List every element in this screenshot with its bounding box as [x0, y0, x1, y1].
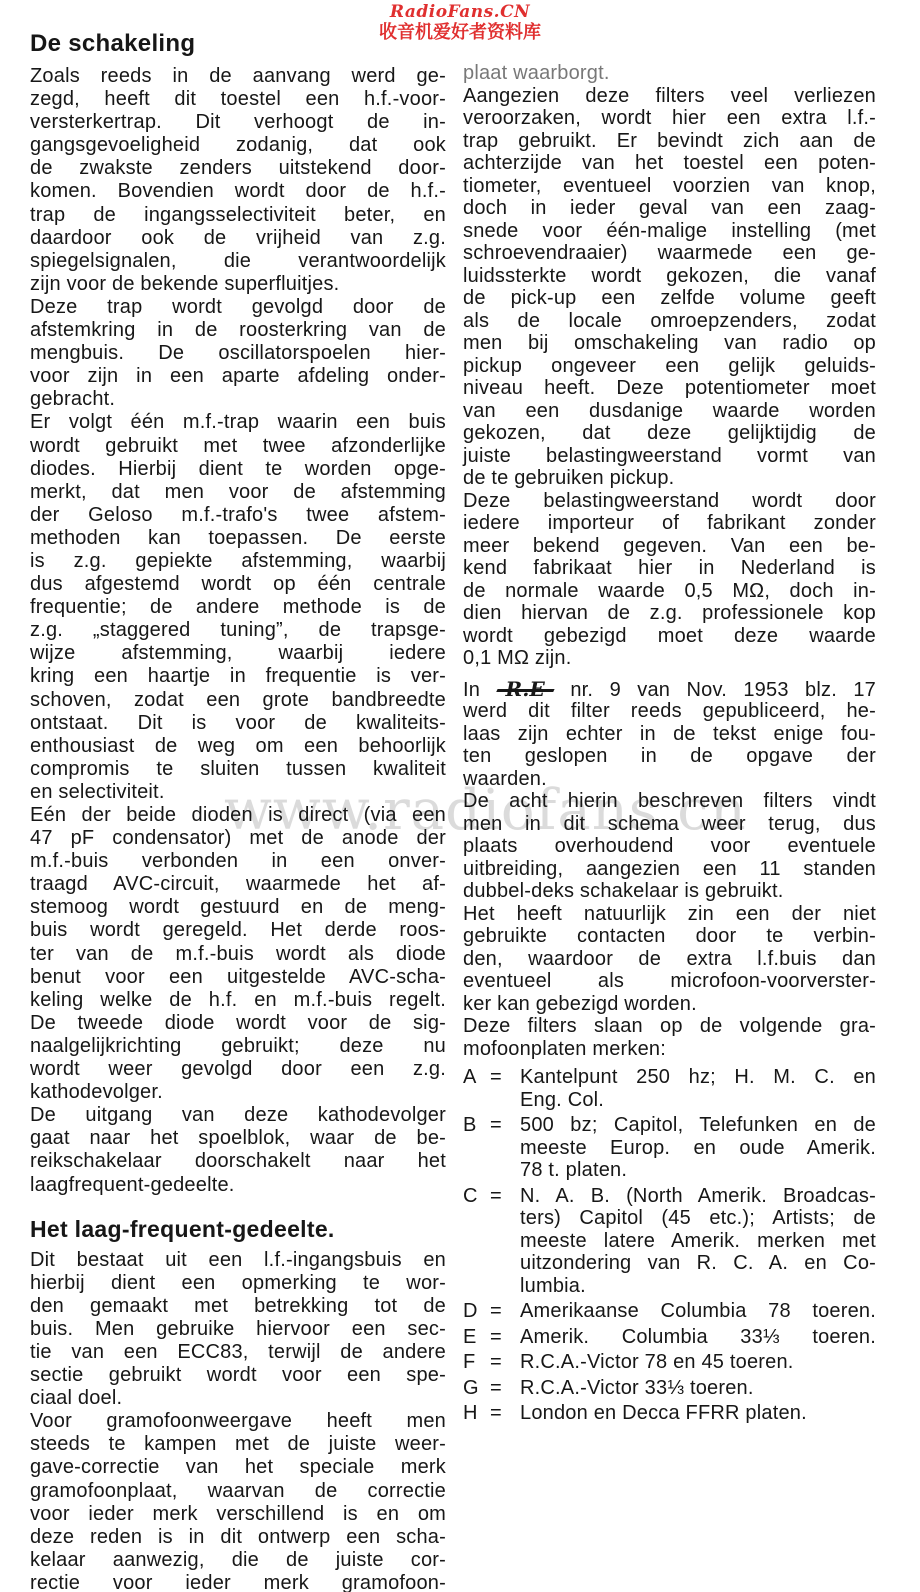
filter-item-letter: E	[463, 1326, 477, 1349]
text-line: gekozen, dat deze gelijktijdig de	[463, 422, 876, 445]
text-line: doch in ieder geval van een zaag-	[463, 197, 876, 220]
text-line: wordt gebezigd moet deze waarde	[463, 625, 876, 648]
paragraph: Deze belastingweerstand wordt dooriedere…	[463, 490, 876, 670]
text-line: Zoals reeds in de aanvang werd ge-	[30, 65, 446, 88]
text-line: spiegelsignalen, die verantwoordelijk	[30, 250, 446, 273]
text-line: R.C.A.-Victor 78 en 45 toeren.	[520, 1351, 876, 1374]
filter-item-letter: H	[463, 1402, 478, 1425]
filter-item-F: F=R.C.A.-Victor 78 en 45 toeren.	[463, 1351, 876, 1374]
text-line: den, waardoor de extra l.f.buis dan	[463, 948, 876, 971]
text-line: kelaar aanwezig, die de juiste cor-	[30, 1549, 446, 1572]
text-line: lumbia.	[520, 1275, 876, 1298]
text-line: De acht hierin beschreven filters vindt	[463, 790, 876, 813]
text-line: diodes. Hierbij dient te worden opge-	[30, 458, 446, 481]
filter-item-letter: C	[463, 1185, 478, 1208]
text-line: voor ieder merk verschillend is en om	[30, 1503, 446, 1526]
text-line: versterkertrap. Dit verhoogt de in-	[30, 111, 446, 134]
text-line: m.f.-buis verbonden in een onver-	[30, 850, 446, 873]
logo-line-suffix: nr. 9 van Nov. 1953 blz. 17	[570, 679, 876, 701]
filter-item-letter: F	[463, 1351, 475, 1374]
text-line: plaat waarborgt.	[463, 62, 876, 85]
text-line: benut voor een uitgestelde AVC-scha-	[30, 966, 446, 989]
text-line: 47 pF condensator) met de anode der	[30, 827, 446, 850]
text-line: mofoonplaten merken:	[463, 1038, 876, 1061]
text-line: is z.g. gepiekte afstemming, waarbij	[30, 550, 446, 573]
text-line: 78 t. platen.	[520, 1159, 876, 1182]
text-line: gave-correctie van het speciale merk	[30, 1456, 446, 1479]
text-line: traagd AVC-circuit, waarmede het af-	[30, 873, 446, 896]
text-line: schroevendraaier) waarmede een ge-	[463, 242, 876, 265]
paragraph: De acht hierin beschreven filters vindtm…	[463, 790, 876, 903]
left-column: De schakelingZoals reeds in de aanvang w…	[30, 30, 446, 1592]
text-line: laas zijn echter in de tekst enige fou-	[463, 723, 876, 746]
filter-item-D: D=Amerikaanse Columbia 78 toeren.	[463, 1300, 876, 1323]
text-line: ker kan gebezigd worden.	[463, 993, 876, 1016]
paragraph: Aangezien deze filters veel verliezenver…	[463, 85, 876, 490]
text-line: snede voor één-malige instelling (met	[463, 220, 876, 243]
text-line: wordt gebruikt met twee afzonderlijke	[30, 435, 446, 458]
text-line: achterzijde van het toestel een poten-	[463, 152, 876, 175]
paragraph: plaat waarborgt.	[463, 62, 876, 85]
filter-item-letter: G	[463, 1377, 479, 1400]
text-line: trap gebruikt. Er bevindt zich aan de	[463, 130, 876, 153]
section-heading: De schakeling	[30, 30, 446, 58]
text-line: pickup ongeveer een gelijk geluids-	[463, 355, 876, 378]
text-line: schoven, zodat een grote bandbreedte	[30, 689, 446, 712]
text-line: Kantelpunt 250 hz; H. M. C. en	[520, 1066, 876, 1089]
text-line: sectie gebruikt wordt voor een spe-	[30, 1364, 446, 1387]
text-line: ontstaat. Dit is voor de kwaliteits-	[30, 712, 446, 735]
text-line: wijze afstemming, waarbij iedere	[30, 642, 446, 665]
equals-sign: =	[490, 1351, 502, 1374]
filter-item-letter: B	[463, 1114, 477, 1137]
text-line: trap de ingangsselectiviteit beter, en	[30, 204, 446, 227]
text-line: afstemkring in de roosterkring van de	[30, 319, 446, 342]
text-line: niveau heeft. Deze potentiometer moet	[463, 377, 876, 400]
text-line: eventueel als microfoon-voorverster-	[463, 970, 876, 993]
filter-item-B: B=500 bz; Capitol, Telefunken en demeest…	[463, 1114, 876, 1182]
text-line: Deze belastingweerstand wordt door	[463, 490, 876, 513]
equals-sign: =	[490, 1402, 502, 1425]
text-line: plaats overhoudend voor eventuele	[463, 835, 876, 858]
text-line: laagfrequent-gedeelte.	[30, 1174, 446, 1197]
text-line: In R.E nr. 9 van Nov. 1953 blz. 17	[463, 678, 876, 701]
text-line: de zwakste zenders uitstekend door-	[30, 157, 446, 180]
text-line: Amerikaanse Columbia 78 toeren.	[520, 1300, 876, 1323]
text-line: luidssterkte wordt gekozen, die vanaf	[463, 265, 876, 288]
filter-item-C: C=N. A. B. (North Amerik. Broadcas-ters)…	[463, 1185, 876, 1298]
text-line: gangsgevoeligheid zodanig, dat ook	[30, 134, 446, 157]
text-line: tie van een ECC83, terwijl de andere	[30, 1341, 446, 1364]
filter-item-A: A=Kantelpunt 250 hz; H. M. C. enEng. Col…	[463, 1066, 876, 1111]
text-line: veroorzaken, wordt hier een extra l.f.-	[463, 107, 876, 130]
site-watermark-name: RadioFans.CN	[0, 3, 920, 22]
text-line: gramofoonplaat, waarvan de correctie	[30, 1480, 446, 1503]
text-line: buis wordt geregeld. Het derde roos-	[30, 919, 446, 942]
text-line: als de locale omroepzenders, zodat	[463, 310, 876, 333]
text-line: de te gebruiken pickup.	[463, 467, 876, 490]
text-line: kring een haartje in frequentie is ver-	[30, 665, 446, 688]
text-line: juiste belastingweerstand vormt van	[463, 445, 876, 468]
text-line: hierbij dient een opmerking te wor-	[30, 1272, 446, 1295]
text-line: der Geloso m.f.-trafo's twee afstem-	[30, 504, 446, 527]
right-column: plaat waarborgt.Aangezien deze filters v…	[463, 62, 876, 1425]
paragraph: Deze trap wordt gevolgd door deafstemkri…	[30, 296, 446, 411]
text-line: ter van de m.f.-buis wordt als diode	[30, 943, 446, 966]
paragraph: Dit bestaat uit een l.f.-ingangsbuis enh…	[30, 1249, 446, 1411]
text-line: Eng. Col.	[520, 1089, 876, 1112]
text-line: z.g. „staggered tuning”, de trapsge-	[30, 619, 446, 642]
text-line: men in dit schema weer terug, dus	[463, 813, 876, 836]
text-line: meer bekend gegeven. Van een be-	[463, 535, 876, 558]
paragraph: Eén der beide dioden is direct (via een4…	[30, 804, 446, 1104]
text-line: uitbreiding, aangezien een 11 standen	[463, 858, 876, 881]
text-line: reikschakelaar doorschakelt naar het	[30, 1150, 446, 1173]
paragraph: Deze filters slaan op de volgende gra-mo…	[463, 1015, 876, 1060]
filter-item-H: H=London en Decca FFRR platen.	[463, 1402, 876, 1425]
text-line: voor zijn in een aparte afdeling onder-	[30, 365, 446, 388]
re-magazine-logo: R.E	[497, 678, 554, 701]
text-line: N. A. B. (North Amerik. Broadcas-	[520, 1185, 876, 1208]
text-line: Deze filters slaan op de volgende gra-	[463, 1015, 876, 1038]
text-line: kathodevolger.	[30, 1081, 446, 1104]
text-line: methoden kan toepassen. De eerste	[30, 527, 446, 550]
text-line: werd dit filter reeds gepubliceerd, he-	[463, 700, 876, 723]
text-line: merkt, dat men voor de afstemming	[30, 481, 446, 504]
text-line: 500 bz; Capitol, Telefunken en de	[520, 1114, 876, 1137]
text-line: Aangezien deze filters veel verliezen	[463, 85, 876, 108]
paragraph: Voor gramofoonweergave heeft mensteeds t…	[30, 1410, 446, 1592]
equals-sign: =	[490, 1300, 502, 1323]
text-line: De tweede diode wordt voor de sig-	[30, 1012, 446, 1035]
text-line: van een dusdanige waarde worden	[463, 400, 876, 423]
text-line: buis. Men gebruike hiervoor een sec-	[30, 1318, 446, 1341]
text-line: dien hiervan de z.g. professionele kop	[463, 602, 876, 625]
text-line: naalgelijkrichting gebruikt; deze nu	[30, 1035, 446, 1058]
text-line: dus afgestemd wordt op één centrale	[30, 573, 446, 596]
text-line: London en Decca FFRR platen.	[520, 1402, 876, 1425]
paragraph: Zoals reeds in de aanvang werd ge-zegd, …	[30, 65, 446, 296]
text-line: R.C.A.-Victor 33⅓ toeren.	[520, 1377, 876, 1400]
text-line: gebracht.	[30, 388, 446, 411]
text-line: komen. Bovendien wordt door de h.f.-	[30, 180, 446, 203]
text-line: enthousiast de weg om een behoorlijk	[30, 735, 446, 758]
paragraph: Het heeft natuurlijk zin een der nietgeb…	[463, 903, 876, 1016]
filter-item-letter: D	[463, 1300, 478, 1323]
text-line: keling welke de h.f. en m.f.-buis regelt…	[30, 989, 446, 1012]
text-line: zijn voor de bekende superfluitjes.	[30, 273, 446, 296]
logo-line-prefix: In	[463, 679, 480, 701]
text-line: Eén der beide dioden is direct (via een	[30, 804, 446, 827]
text-line: frequentie; de andere methode is de	[30, 596, 446, 619]
equals-sign: =	[490, 1377, 502, 1400]
text-line: compromis te sluiten tussen kwaliteit	[30, 758, 446, 781]
text-line: rectie voor ieder merk gramofoon-	[30, 1572, 446, 1592]
text-line: men bij omschakeling van radio op	[463, 332, 876, 355]
text-line: steeds te kampen met de juiste weer-	[30, 1433, 446, 1456]
text-line: gebruikte contacten door te verbin-	[463, 925, 876, 948]
text-line: den gemaakt met betrekking tot de	[30, 1295, 446, 1318]
text-line: ten geslopen in de opgave der	[463, 745, 876, 768]
text-line: kend fabrikaat hier in Nederland is	[463, 557, 876, 580]
text-line: waarden.	[463, 768, 876, 791]
section-heading: Het laag-frequent-gedeelte.	[30, 1216, 446, 1242]
text-line: Het heeft natuurlijk zin een der niet	[463, 903, 876, 926]
text-line: De uitgang van deze kathodevolger	[30, 1104, 446, 1127]
text-line: meeste latere Amerik. merken met	[520, 1230, 876, 1253]
text-line: zegd, heeft dit toestel een h.f.-voor-	[30, 88, 446, 111]
text-line: ciaal doel.	[30, 1387, 446, 1410]
filter-item-G: G=R.C.A.-Victor 33⅓ toeren.	[463, 1377, 876, 1400]
filter-item-E: E=Amerik. Columbia 33⅓ toeren.	[463, 1326, 876, 1349]
text-line: mengbuis. De oscillatorspoelen hier-	[30, 342, 446, 365]
equals-sign: =	[490, 1066, 502, 1089]
text-line: de normale waarde 0,5 MΩ, doch in-	[463, 580, 876, 603]
paragraph: In R.E nr. 9 van Nov. 1953 blz. 17werd d…	[463, 678, 876, 791]
text-line: gaat naar het spoelblok, waar de be-	[30, 1127, 446, 1150]
text-line: ters) Capitol (45 etc.); Artists; de	[520, 1207, 876, 1230]
text-line: stemoog wordt gestuurd en de meng-	[30, 896, 446, 919]
equals-sign: =	[490, 1185, 502, 1208]
text-line: en selectiviteit.	[30, 781, 446, 804]
text-line: iedere importeur of fabrikant zonder	[463, 512, 876, 535]
equals-sign: =	[490, 1326, 502, 1349]
text-line: de pick-up een zelfde volume geeft	[463, 287, 876, 310]
text-line: Dit bestaat uit een l.f.-ingangsbuis en	[30, 1249, 446, 1272]
text-line: uitzondering van R. C. A. en Co-	[520, 1252, 876, 1275]
text-line: meeste Europ. en oude Amerik.	[520, 1137, 876, 1160]
text-line: Voor gramofoonweergave heeft men	[30, 1410, 446, 1433]
text-line: tiometer, eventueel voorzien van knop,	[463, 175, 876, 198]
text-line: dubbel-deks schakelaar is gebruikt.	[463, 880, 876, 903]
text-line: Deze trap wordt gevolgd door de	[30, 296, 446, 319]
filter-item-letter: A	[463, 1066, 477, 1089]
paragraph: De uitgang van deze kathodevolgergaat na…	[30, 1104, 446, 1196]
text-line: wordt weer gevolgd door een z.g.	[30, 1058, 446, 1081]
text-line: deze reden is in dit ontwerp een scha-	[30, 1526, 446, 1549]
equals-sign: =	[490, 1114, 502, 1137]
text-line: Amerik. Columbia 33⅓ toeren.	[520, 1326, 876, 1349]
paragraph: Er volgt één m.f.-trap waarin een buiswo…	[30, 411, 446, 804]
text-line: 0,1 MΩ zijn.	[463, 647, 876, 670]
record-brand-filter-list: A=Kantelpunt 250 hz; H. M. C. enEng. Col…	[463, 1066, 876, 1425]
text-line: Er volgt één m.f.-trap waarin een buis	[30, 411, 446, 434]
text-line: daardoor ook de vrijheid van z.g.	[30, 227, 446, 250]
